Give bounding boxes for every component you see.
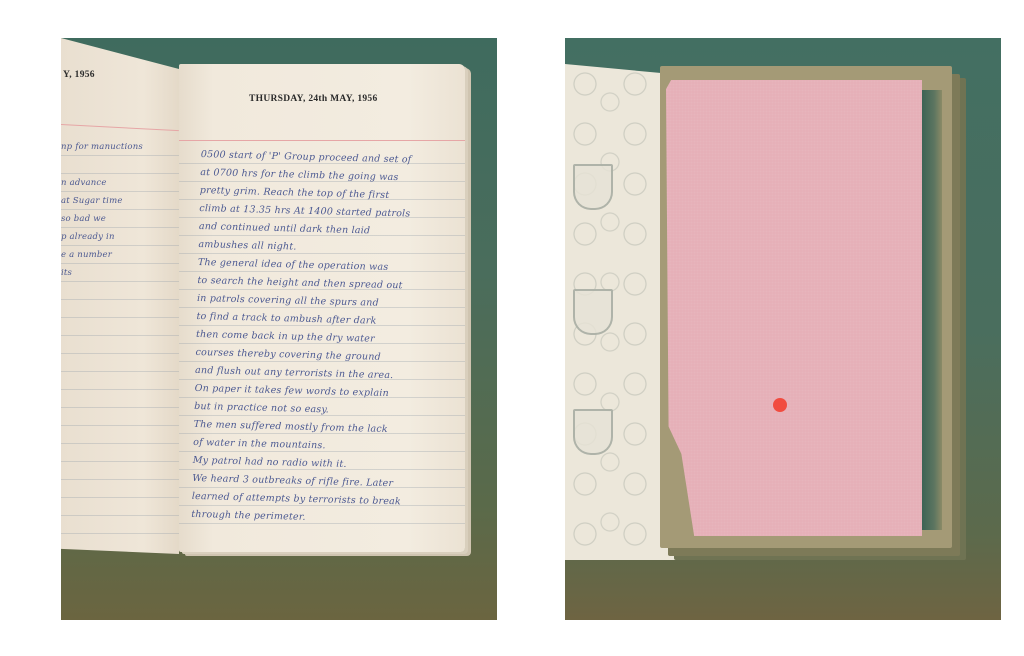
- page-date-heading: THURSDAY, 24th MAY, 1956: [249, 94, 378, 104]
- handwriting-line: e a number: [61, 246, 143, 264]
- pink-sheet: [666, 80, 922, 536]
- red-margin-rule: [61, 124, 179, 131]
- cover-spine-strip: [922, 90, 942, 530]
- left-page-handwriting: np for manuctions n advance at Sugar tim…: [61, 138, 143, 282]
- crest-emblem: [573, 409, 613, 455]
- diary-right-page: THURSDAY, 24th MAY, 1956 0500 start of '…: [179, 64, 465, 552]
- handwriting-line: so bad we: [61, 210, 143, 228]
- crest-emblem: [573, 164, 613, 210]
- right-page-handwriting: 0500 start of 'P' Group proceed and set …: [191, 146, 412, 529]
- diary-left-page: Y, 1956 np for manuctions n advance at S…: [61, 38, 179, 554]
- handwriting-line: [61, 156, 143, 174]
- handwriting-line: at Sugar time: [61, 192, 143, 210]
- handwriting-line: its: [61, 264, 143, 282]
- diary-photo-left: Y, 1956 np for manuctions n advance at S…: [61, 38, 497, 620]
- handwriting-line: np for manuctions: [61, 138, 143, 156]
- handwriting-line: n advance: [61, 174, 143, 192]
- red-margin-rule: [179, 140, 465, 141]
- handwriting-line: p already in: [61, 228, 143, 246]
- diary-photo-right: [565, 38, 1001, 620]
- crest-emblem: [573, 289, 613, 335]
- marker-dot: [773, 398, 787, 412]
- left-page-date-fragment: Y, 1956: [63, 70, 95, 80]
